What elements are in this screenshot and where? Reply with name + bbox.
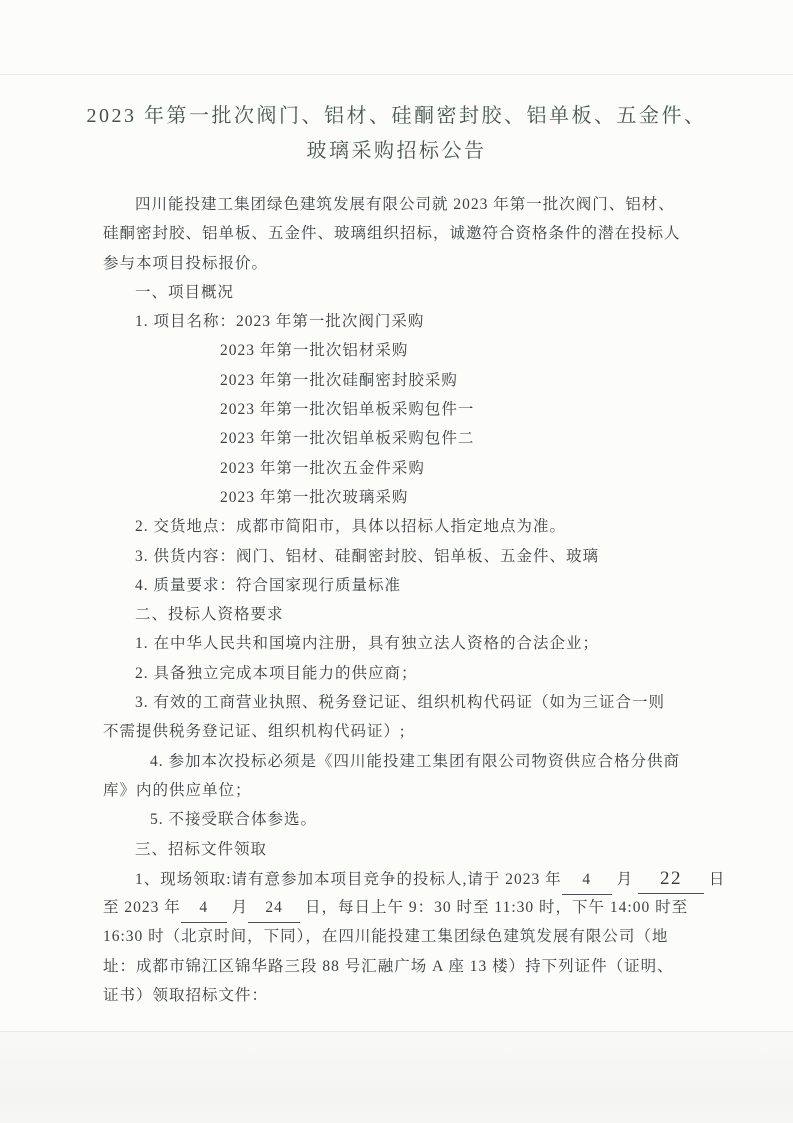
section2-item3-line1: 3. 有效的工商营业执照、税务登记证、组织机构代码证（如为三证合一则 [103,688,703,717]
section1-item1: 1. 项目名称：2023 年第一批次阀门采购 [103,307,703,336]
section3-line3: 16:30 时（北京时间，下同），在四川能投建工集团绿色建筑发展有限公司（地 [103,922,703,951]
scan-artifact-line-top [0,74,793,75]
intro-line-3: 参与本项目投标报价。 [103,249,703,278]
scan-artifact-line-bottom [0,1031,793,1032]
section1-heading: 一、项目概况 [103,278,703,307]
intro-line-1: 四川能投建工集团绿色建筑发展有限公司就 2023 年第一批次阀门、铝材、 [103,190,703,219]
scan-artifact-band-bottom [0,1032,793,1123]
section2-item1: 1. 在中华人民共和国境内注册，具有独立法人资格的合法企业； [103,629,703,658]
date-line-2: 至 2023 年4 月24 日，每日上午 9：30 时至 11:30 时，下午 … [103,893,703,922]
project-name-line-1: 2023 年第一批次铝材采购 [103,336,703,365]
project-name-line-4: 2023 年第一批次铝单板采购包件二 [103,424,703,453]
day-fill-blank-1: 22 [638,864,704,894]
section2-item3-line2: 不需提供税务登记证、组织机构代码证）; [103,717,703,746]
title-line-1: 2023 年第一批次阀门、铝材、硅酮密封胶、铝单板、五金件、 [50,99,743,134]
section1-item3: 3. 供货内容：阀门、铝材、硅酮密封胶、铝单板、五金件、玻璃 [103,542,703,571]
project-name-line-5: 2023 年第一批次五金件采购 [103,454,703,483]
month-fill-blank-2: 4 [181,893,227,923]
date-line-1-prefix: 1、现场领取:请有意参加本项目竞争的投标人,请于 2023 年 [135,871,562,888]
date-line-2-prefix: 至 2023 年 [103,899,181,916]
section1-item2: 2. 交货地点：成都市简阳市，具体以招标人指定地点为准。 [103,512,703,541]
intro-line-2: 硅酮密封胶、铝单板、五金件、玻璃组织招标，诚邀符合资格条件的潜在投标人 [103,219,703,248]
month-fill-blank-1: 4 [562,865,612,895]
section2-item5: 5. 不接受联合体参选。 [103,805,703,834]
document-title: 2023 年第一批次阀门、铝材、硅酮密封胶、铝单板、五金件、 玻璃采购招标公告 [50,99,743,169]
document-body: 四川能投建工集团绿色建筑发展有限公司就 2023 年第一批次阀门、铝材、 硅酮密… [103,190,703,1010]
section3-heading: 三、招标文件领取 [103,835,703,864]
section3-line4: 址：成都市锦江区锦华路三段 88 号汇融广场 A 座 13 楼）持下列证件（证明… [103,952,703,981]
project-name-line-6: 2023 年第一批次玻璃采购 [103,483,703,512]
section3-line5: 证书）领取招标文件： [103,981,703,1010]
month-label-1: 月 [612,871,638,888]
section1-item4: 4. 质量要求：符合国家现行质量标准 [103,571,703,600]
day-label-1: 日 [704,871,725,888]
project-name-line-3: 2023 年第一批次铝单板采购包件一 [103,395,703,424]
section2-heading: 二、投标人资格要求 [103,600,703,629]
date-line-2-suffix: 日，每日上午 9：30 时至 11:30 时，下午 14:00 时至 [300,899,688,916]
month-label-2: 月 [227,899,248,916]
section2-item4-line1: 4. 参加本次投标必须是《四川能投建工集团有限公司物资供应合格分供商 [103,747,703,776]
title-line-2: 玻璃采购招标公告 [50,134,743,169]
section2-item4-line2: 库》内的供应单位； [103,776,703,805]
day-fill-blank-2: 24 [248,893,300,923]
document-page: 2023 年第一批次阀门、铝材、硅酮密封胶、铝单板、五金件、 玻璃采购招标公告 … [0,0,793,1123]
section2-item2: 2. 具备独立完成本项目能力的供应商； [103,659,703,688]
date-line-1: 1、现场领取:请有意参加本项目竞争的投标人,请于 2023 年4 月 22 日 [103,864,703,893]
project-name-line-2: 2023 年第一批次硅酮密封胶采购 [103,366,703,395]
